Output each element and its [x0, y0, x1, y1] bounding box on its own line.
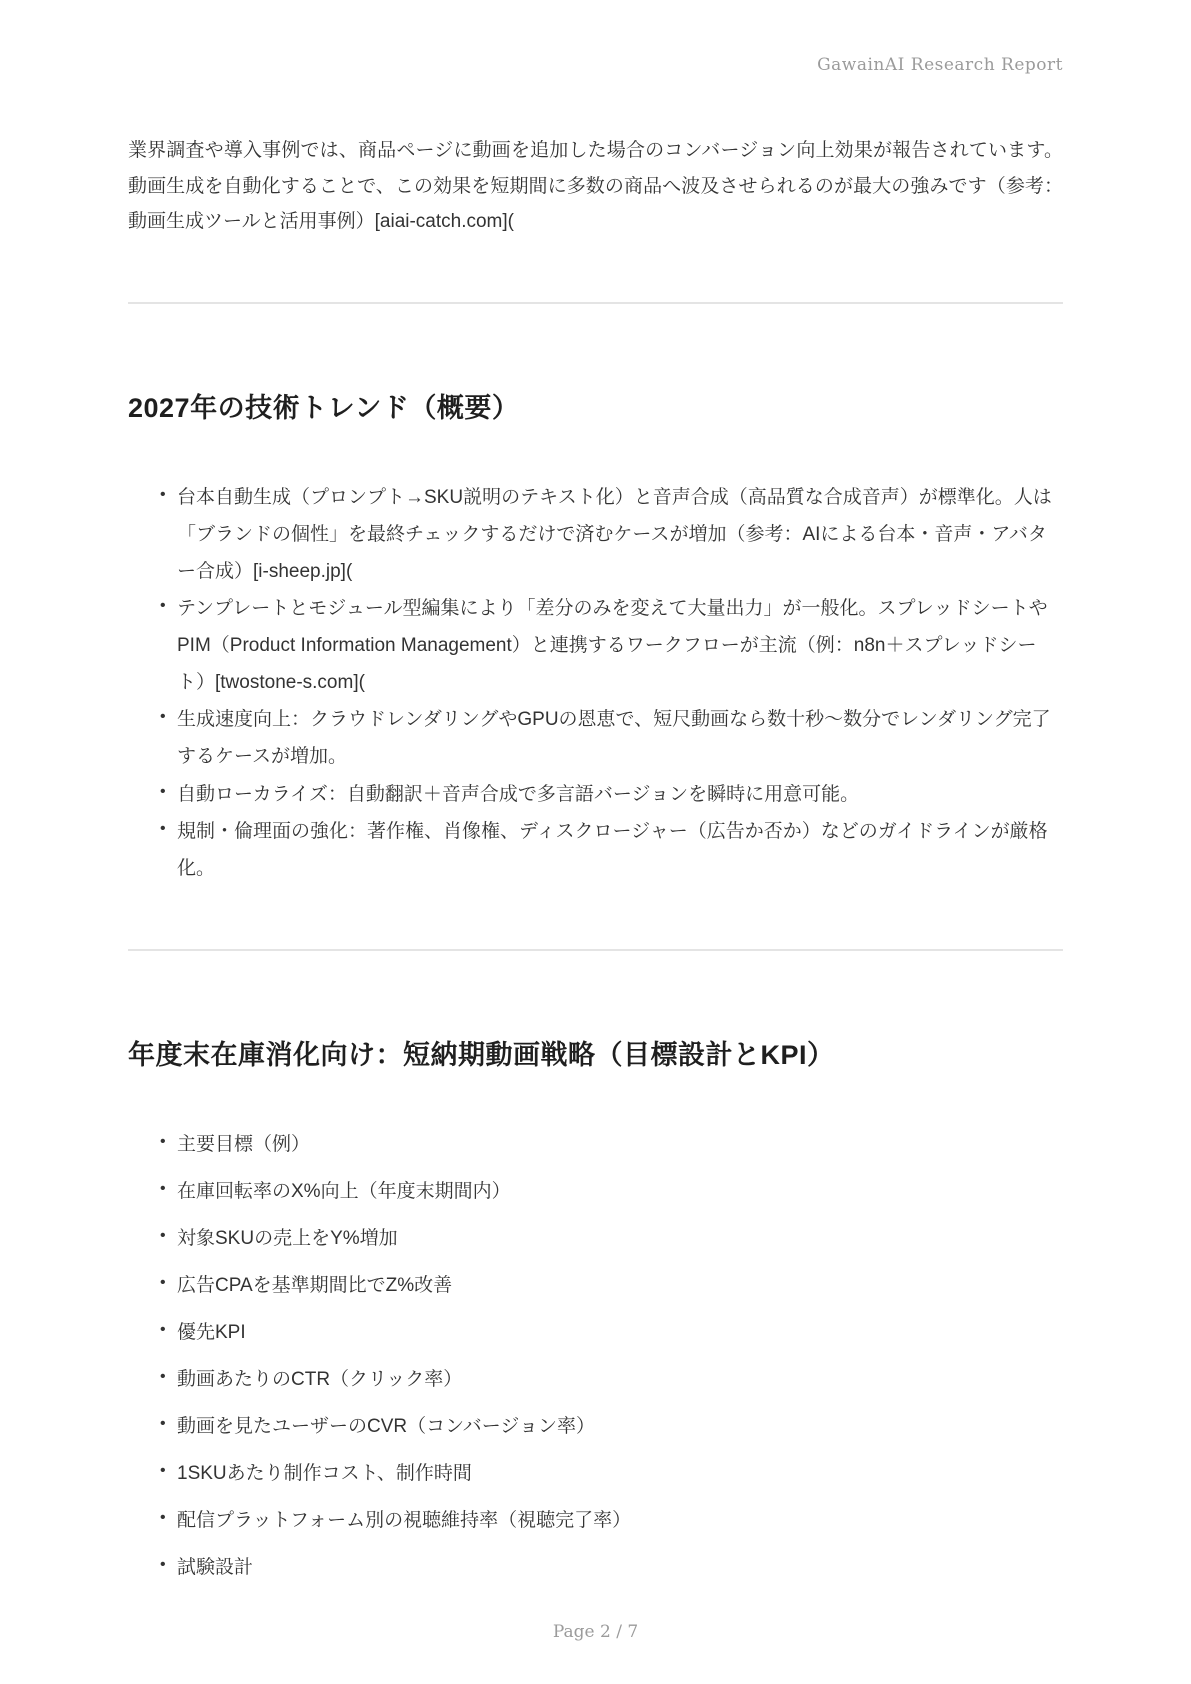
- list-item: 試験設計: [160, 1549, 1063, 1586]
- list-item: 配信プラットフォーム別の視聴維持率（視聴完了率）: [160, 1502, 1063, 1539]
- page-number: Page 2 / 7: [0, 1622, 1191, 1642]
- list-item: 1SKUあたり制作コスト、制作時間: [160, 1455, 1063, 1492]
- list-item: 優先KPI: [160, 1314, 1063, 1351]
- list-item: 動画あたりのCTR（クリック率）: [160, 1361, 1063, 1398]
- list-item: 主要目標（例）: [160, 1126, 1063, 1163]
- list-item: 生成速度向上：クラウドレンダリングやGPUの恩恵で、短尺動画なら数十秒〜数分でレ…: [160, 701, 1063, 775]
- list-item: 自動ローカライズ：自動翻訳＋音声合成で多言語バージョンを瞬時に用意可能。: [160, 776, 1063, 813]
- list-item: 動画を見たユーザーのCVR（コンバージョン率）: [160, 1408, 1063, 1445]
- bullet-list-tech-trends: 台本自動生成（プロンプト→SKU説明のテキスト化）と音声合成（高品質な合成音声）…: [128, 479, 1063, 887]
- section-heading-kpi-strategy: 年度末在庫消化向け：短納期動画戦略（目標設計とKPI）: [128, 1033, 1063, 1072]
- intro-paragraph: 業界調査や導入事例では、商品ページに動画を追加した場合のコンバージョン向上効果が…: [128, 133, 1063, 240]
- list-item: テンプレートとモジュール型編集により「差分のみを変えて大量出力」が一般化。スプレ…: [160, 590, 1063, 701]
- bullet-list-kpi: 主要目標（例） 在庫回転率のX%向上（年度末期間内） 対象SKUの売上をY%増加…: [128, 1126, 1063, 1586]
- list-item: 在庫回転率のX%向上（年度末期間内）: [160, 1173, 1063, 1210]
- list-item: 対象SKUの売上をY%増加: [160, 1220, 1063, 1257]
- running-head-title: GawainAI Research Report: [0, 0, 1191, 75]
- section-divider: [128, 302, 1063, 304]
- page-content: 業界調査や導入事例では、商品ページに動画を追加した場合のコンバージョン向上効果が…: [0, 133, 1191, 1586]
- section-heading-tech-trends: 2027年の技術トレンド（概要）: [128, 386, 1063, 425]
- section-divider: [128, 949, 1063, 951]
- list-item: 広告CPAを基準期間比でZ%改善: [160, 1267, 1063, 1304]
- list-item: 規制・倫理面の強化：著作権、肖像権、ディスクロージャー（広告か否か）などのガイド…: [160, 813, 1063, 887]
- list-item: 台本自動生成（プロンプト→SKU説明のテキスト化）と音声合成（高品質な合成音声）…: [160, 479, 1063, 590]
- report-page: GawainAI Research Report 業界調査や導入事例では、商品ペ…: [0, 0, 1191, 1684]
